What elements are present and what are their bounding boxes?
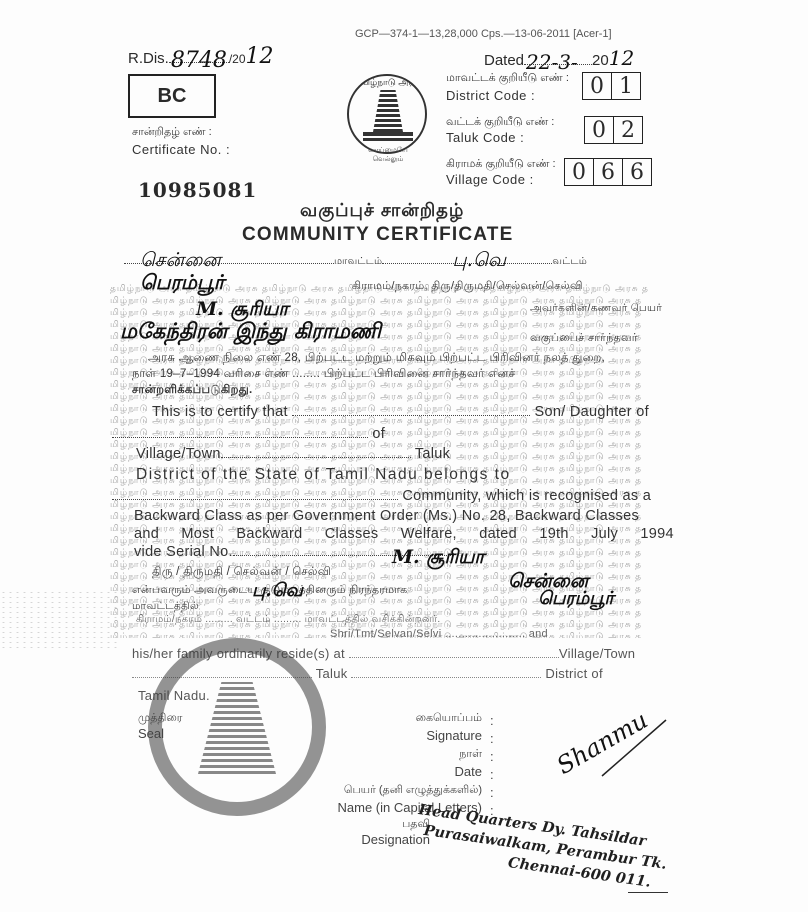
certify-text: This is to certify that	[152, 404, 288, 420]
tamil-line-5: அரசு ஆணை நிலை எண் 28, பிற்பட்ட மற்றும் ம…	[148, 352, 605, 366]
title-tamil: வகுப்புச் சான்றிதழ்	[300, 200, 464, 223]
residence-taluk: Taluk	[316, 666, 348, 681]
certificate-number: 10985081	[138, 178, 257, 202]
dated-value: 22-3-	[526, 50, 578, 74]
tamil-line-4: வகுப்பைச் சார்ந்தவர்	[530, 332, 638, 346]
rdis-field: R.Dis.8748/2012	[128, 44, 274, 69]
rdis-label: R.Dis.	[128, 50, 169, 67]
dated-label: Dated	[484, 52, 524, 69]
taluk-code-digit: 0	[585, 117, 614, 143]
second-tamil-line-1: திரு / திருமதி / செல்வன் / செல்வி	[152, 566, 331, 580]
taluk-code-label-tamil: வட்டக் குறியீடு எண் :	[446, 116, 554, 130]
district-code-digit: 0	[583, 73, 612, 99]
certificate-no-label: Certificate No. :	[132, 142, 230, 157]
seal-temple-icon	[198, 682, 276, 774]
tamil-line-2: கிராமம்/நகரம், திரு/திருமதி/செல்வன்/செல்…	[352, 280, 583, 294]
english-line-4: District of the State of Tamil Nadu belo…	[136, 466, 511, 484]
taluk-text: Taluk	[415, 446, 450, 462]
village-code-digit: 6	[594, 159, 623, 185]
rdis-year-suffix: 12	[246, 44, 274, 69]
dated-year-prefix: 20	[592, 52, 609, 69]
english-line-5: Community, which is recognised as a	[112, 488, 651, 504]
english-line-7: and Most Backward Classes Welfare, dated…	[134, 526, 674, 542]
rdis-year-prefix: /20	[229, 52, 246, 66]
signature-stroke-icon	[600, 718, 670, 778]
tamil-line-7: சான்றளிக்கப்படுகிறது.	[132, 384, 252, 398]
village-handwritten: பெரம்பூர்	[140, 270, 224, 297]
date-label-tamil: நாள்	[376, 748, 482, 762]
emblem-base	[363, 132, 413, 136]
emblem-motto: வாய்மையே வெல்லும்	[352, 146, 424, 164]
scan-speckle	[0, 590, 120, 650]
tamil-line-6: நாள் 19–7–1994 வரிசை எண் ........ பிற்பட…	[132, 368, 515, 382]
emblem-base-2	[363, 138, 413, 141]
district-code-label-tamil: மாவட்டக் குறியீடு எண் :	[446, 72, 569, 86]
rdis-number: 8748	[171, 48, 227, 73]
second-taluk-handwritten: பு.வெ	[252, 580, 303, 603]
english-line-3: Village/Town Taluk	[136, 446, 450, 462]
english-line-1: This is to certify that Son/ Daughter of	[152, 404, 649, 420]
district-code-digit: 1	[612, 73, 640, 99]
taluk-code-label: Taluk Code :	[446, 130, 524, 145]
emblem-top-text: தமிழ்நாடு அரசு	[349, 77, 425, 89]
taluk-handwritten: பு.வெ	[452, 249, 506, 274]
signature-label: Signature	[376, 728, 482, 743]
of-text: of	[372, 426, 385, 442]
taluk-label-tamil: வட்டம்	[552, 256, 587, 267]
taluk-code-digit: 2	[614, 117, 642, 143]
designation-label-tamil: பதவி	[300, 818, 430, 832]
community-text: Community, which is recognised as a	[402, 488, 651, 504]
village-code-box: 0 6 6	[564, 158, 652, 186]
seal-label: Seal	[138, 726, 164, 741]
tamil-line-3: அவர்களின்/கணவர் பெயர்	[530, 302, 662, 315]
residence-district-of: District of	[545, 666, 602, 681]
dated-field: Dated22-3-2012	[484, 46, 634, 70]
second-tamil-line-5: Shri/Tmt/Selvan/Selvi ..................…	[330, 628, 548, 640]
taluk-code-box: 0 2	[584, 116, 643, 144]
dated-year-suffix: 12	[609, 46, 634, 70]
second-tamil-line-4: கிராமம்/நகரம் ......... வட்டம் .........…	[136, 614, 440, 626]
son-daughter-text: Son/ Daughter of	[535, 404, 649, 420]
village-town-text: Village/Town	[136, 446, 221, 462]
colon-column: ::::::	[490, 712, 494, 820]
serial-no-text: vide Serial No.	[134, 544, 233, 560]
designation-label: Designation	[300, 832, 430, 847]
tamil-nadu-emblem-icon: தமிழ்நாடு அரசு	[347, 74, 427, 154]
certificate-no-label-tamil: சான்றிதழ் எண் :	[132, 126, 212, 140]
name-label-tamil: பெயர் (தனி எழுத்துக்களில்)	[300, 784, 482, 798]
village-code-digit: 6	[623, 159, 651, 185]
village-code-label-tamil: கிராமக் குறியீடு எண் :	[446, 158, 556, 172]
english-line-2: of	[112, 426, 385, 442]
category-badge: BC	[128, 74, 216, 118]
office-designation-stamp: Head Quarters Dy. Tahsildar Purasaiwalka…	[412, 800, 708, 900]
second-village-handwritten: பெரம்பூர்	[538, 588, 614, 611]
stamp-underline	[628, 892, 668, 893]
form-reference: GCP—374-1—13,28,000 Cps.—13-06-2011 [Ace…	[355, 28, 612, 40]
second-tamil-line-3: மாவட்டத்தில்	[132, 600, 199, 613]
title-english: COMMUNITY CERTIFICATE	[242, 224, 514, 246]
seal-label-tamil: முத்திரை	[138, 712, 182, 726]
residence-village-town: Village/Town	[559, 646, 635, 661]
parent-name-handwritten: மகேந்திரன் இந்து கிராமணி	[120, 318, 381, 346]
village-code-digit: 0	[565, 159, 594, 185]
village-code-label: Village Code :	[446, 172, 534, 187]
district-label-tamil: மாவட்டம்	[334, 256, 382, 267]
second-name-handwritten: M. சூரியா	[392, 546, 484, 571]
temple-tower-icon	[373, 90, 403, 132]
district-code-box: 0 1	[582, 72, 641, 100]
signature-label-tamil: கையொப்பம்	[376, 712, 482, 726]
tamil-district-line: சென்னைமாவட்டம்பு.வெவட்டம்	[124, 256, 587, 268]
english-line-6: Backward Class as per Government Order (…	[134, 508, 639, 524]
date-label: Date	[376, 764, 482, 779]
district-code-label: District Code :	[446, 88, 535, 103]
